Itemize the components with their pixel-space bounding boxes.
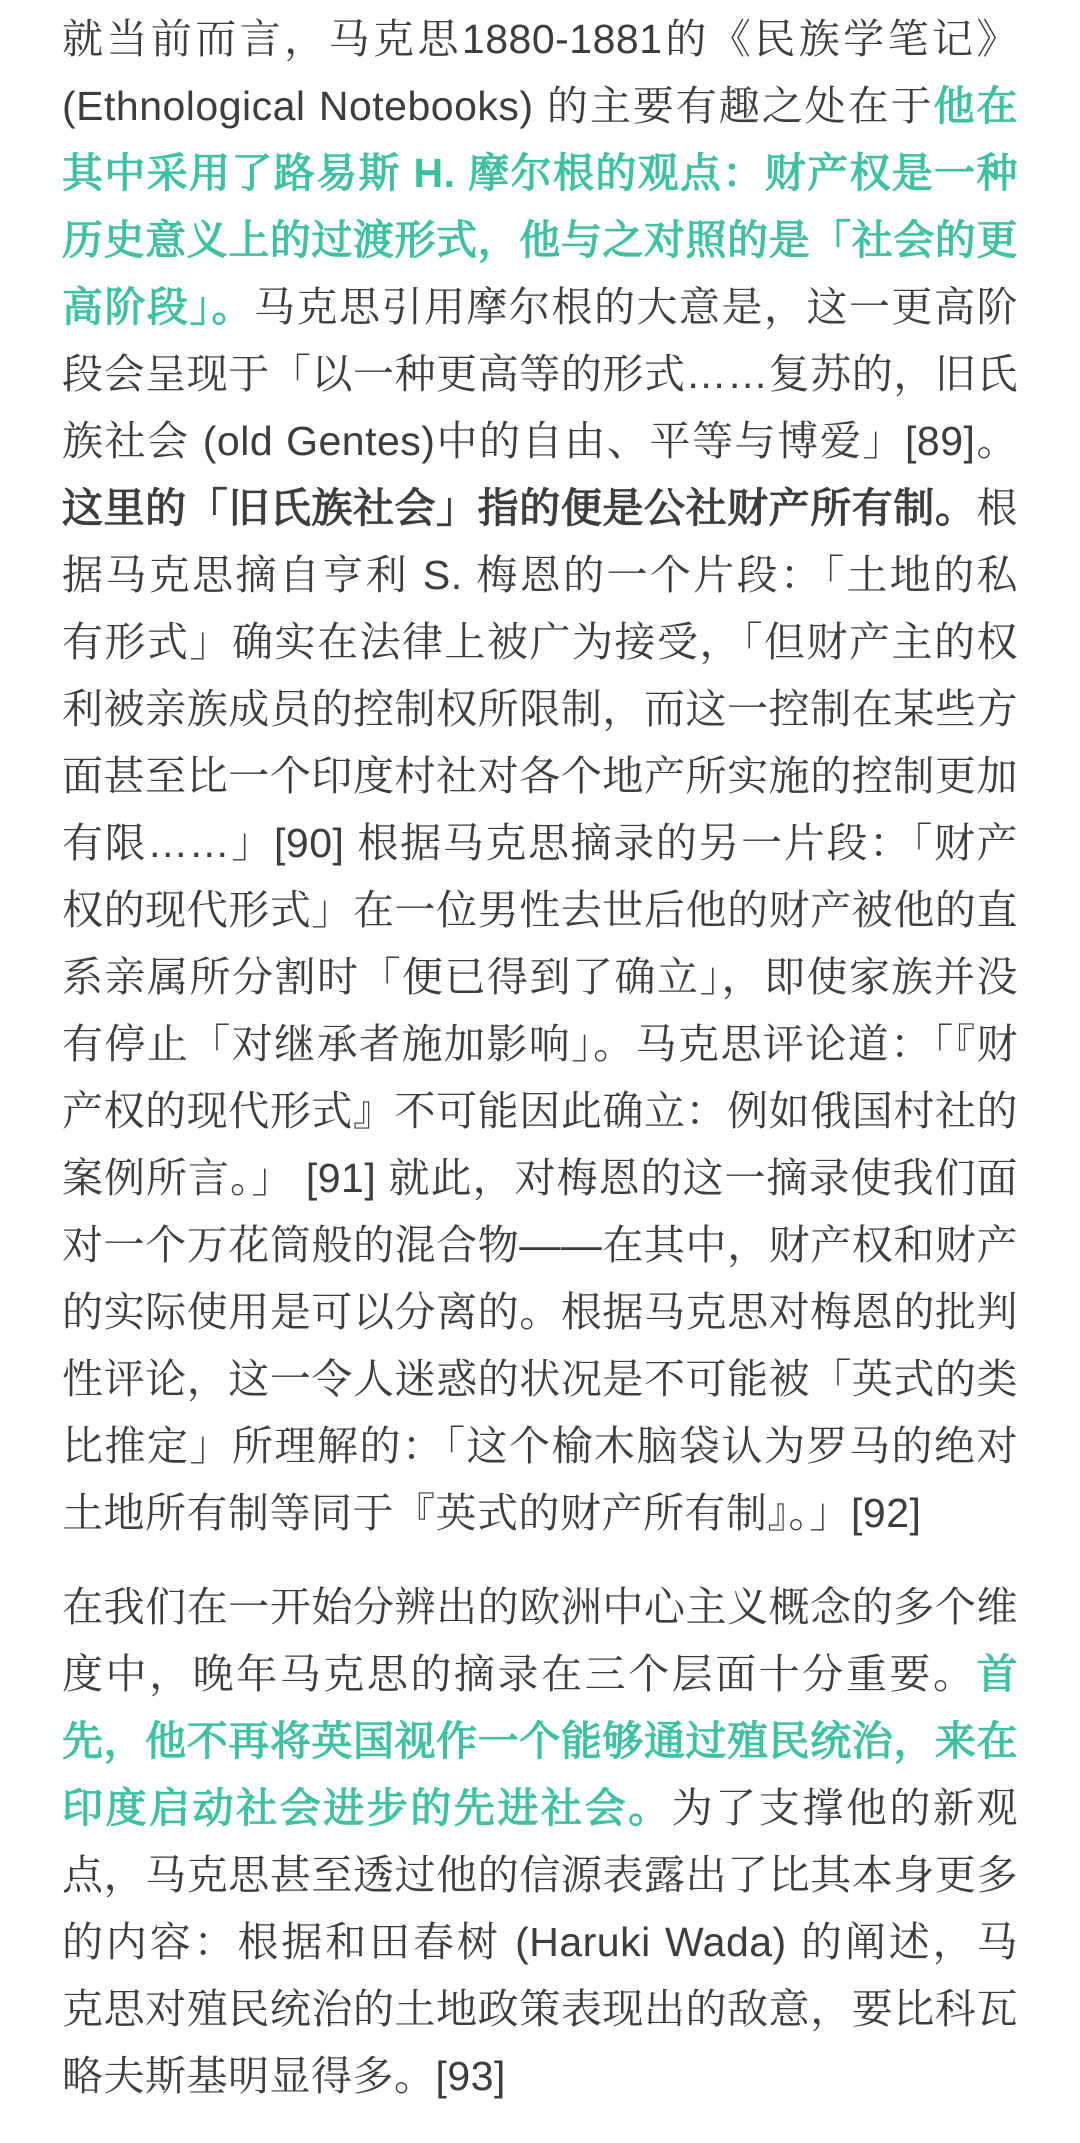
text-run-normal: 就当前而言，马克思1880-1881的《民族学笔记》(Ethnological … — [62, 16, 1018, 129]
text-run-normal: 为了支撑他的新观点，马克思甚至透过他的信源表露出了比其本身更多的内容：根据和田春… — [62, 1785, 1018, 2099]
text-run-bold: 这里的「旧氏族社会」指的便是公社财产所有制。 — [62, 485, 977, 531]
text-run-normal: 在我们在一开始分辨出的欧洲中心主义概念的多个维度中，晚年马克思的摘录在三个层面十… — [62, 1584, 1018, 1697]
text-run-normal: 根据马克思摘自亨利 S. 梅恩的一个片段：「土地的私有形式」确实在法律上被广为接… — [62, 485, 1018, 1536]
reading-page: 就当前而言，马克思1880-1881的《民族学笔记》(Ethnological … — [0, 0, 1080, 2143]
paragraph: 就当前而言，马克思1880-1881的《民族学笔记》(Ethnological … — [62, 6, 1018, 1547]
article-body: 就当前而言，马克思1880-1881的《民族学笔记》(Ethnological … — [62, 6, 1018, 2110]
paragraph: 在我们在一开始分辨出的欧洲中心主义概念的多个维度中，晚年马克思的摘录在三个层面十… — [62, 1574, 1018, 2110]
